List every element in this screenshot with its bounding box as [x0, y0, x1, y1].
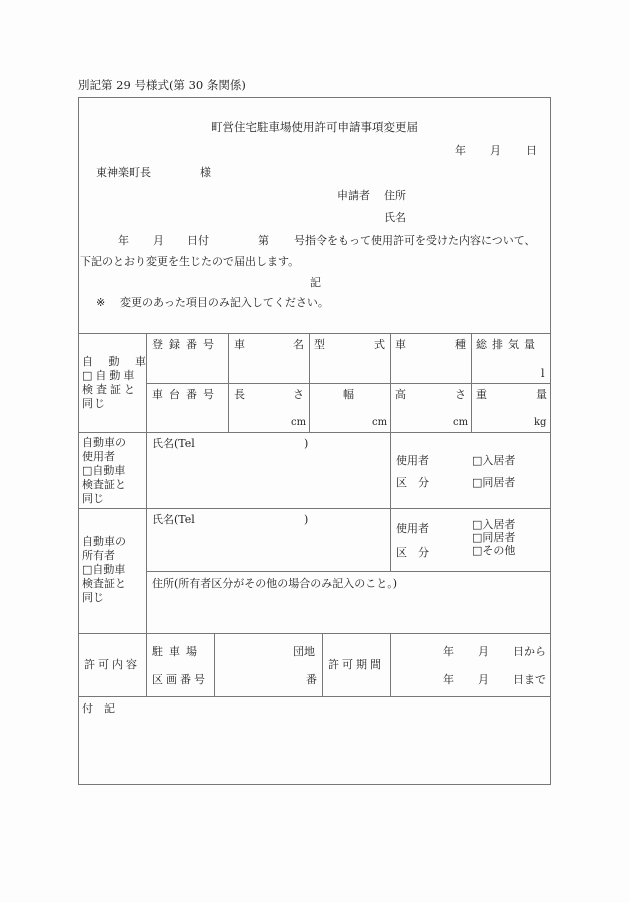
permit-col-line-2 [322, 633, 323, 696]
applicant-name-label: 氏名 [384, 212, 406, 223]
applicant-label: 申請者 [337, 190, 370, 201]
to-year: 年 [443, 674, 454, 685]
user-category-label-1: 使用者 [396, 455, 429, 466]
length-label: 長 [234, 389, 245, 400]
to-day: 日まで [513, 674, 546, 685]
owner-option-other[interactable]: □その他 [472, 545, 515, 556]
permit-col-line-3 [390, 633, 391, 696]
form-title: 町営住宅駐車場使用許可申請事項変更届 [211, 122, 418, 134]
vehicle-bottom-line [78, 432, 551, 433]
table-top-line [78, 333, 551, 334]
user-bottom-line [78, 508, 551, 509]
owner-label-line: 所有者 [82, 549, 126, 563]
body-year: 年 [118, 235, 129, 246]
danchi-label: 団地 [293, 646, 315, 657]
vehicle-row-label: 自 動 車 □自動車 検査証と 同じ [82, 355, 152, 411]
width-unit: cm [372, 418, 387, 428]
lot-label-2: 区画番号 [152, 674, 208, 685]
ban-label: 番 [306, 674, 317, 685]
height-label-2: さ [455, 389, 466, 400]
period-label: 許可期間 [328, 659, 384, 670]
owner-label-line: 検査証と [82, 577, 126, 591]
registration-number-label: 登録番号 [152, 339, 220, 350]
car-type-label-2: 種 [455, 339, 466, 350]
owner-category-label-1: 使用者 [396, 523, 429, 534]
lot-label-1: 駐車場 [152, 646, 203, 657]
user-category-label-2: 区 分 [396, 477, 429, 488]
owner-category-label-2: 区 分 [396, 547, 429, 558]
user-row-label: 自動車の 使用者 □自動車 検査証と 同じ [82, 436, 126, 506]
col-line-5 [471, 333, 472, 432]
to-month: 月 [478, 674, 489, 685]
user-option-cohabitant[interactable]: □同居者 [472, 477, 515, 488]
ki-label: 記 [310, 277, 321, 288]
user-label-line: 使用者 [82, 450, 126, 464]
note-text: 変更のあった項目のみ記入してください。 [120, 297, 329, 308]
addressee-honorific: 様 [200, 167, 211, 178]
owner-bottom-line [78, 633, 551, 634]
user-option-resident[interactable]: □入居者 [472, 455, 515, 466]
weight-label: 重 [476, 389, 487, 400]
col-line-4 [390, 333, 391, 432]
height-unit: cm [453, 418, 468, 428]
length-unit: cm [291, 418, 306, 428]
user-label-line: 検査証と [82, 478, 126, 492]
displacement-unit: l [541, 368, 545, 379]
width-label: 幅 [343, 389, 354, 400]
body-line2: 下記のとおり変更を生じたので届出します。 [80, 256, 299, 267]
owner-mid-line [146, 571, 551, 572]
model-label: 型 [314, 339, 325, 350]
vehicle-mid-line [146, 383, 551, 384]
weight-label-2: 量 [536, 389, 547, 400]
from-day: 日から [513, 646, 546, 657]
date-month: 月 [490, 145, 501, 156]
user-label-line: 同じ [82, 492, 126, 506]
addressee-name: 東神楽町長 [96, 167, 151, 178]
owner-option-cohabitant[interactable]: □同居者 [472, 532, 515, 543]
from-month: 月 [478, 646, 489, 657]
col-line-3 [309, 333, 310, 432]
date-day: 日 [526, 145, 537, 156]
user-label-line: □自動車 [82, 464, 126, 478]
weight-unit: kg [534, 418, 546, 428]
vehicle-label-line: 自 動 車 [82, 355, 152, 369]
user-label-line: 自動車の [82, 436, 126, 450]
height-label: 高 [395, 389, 406, 400]
owner-row-label: 自動車の 所有者 □自動車 検査証と 同じ [82, 535, 126, 605]
displacement-label: 総排気量 [476, 339, 540, 350]
body-day: 日付 [187, 235, 209, 246]
owner-name-label: 氏名(Tel [152, 514, 195, 525]
from-year: 年 [443, 646, 454, 657]
owner-label-line: 自動車の [82, 535, 126, 549]
permit-label: 許可内容 [84, 659, 140, 670]
permit-bottom-line [78, 696, 551, 697]
vehicle-label-line: 検査証と [82, 383, 152, 397]
body-dai: 第 [258, 235, 269, 246]
owner-label-line: □自動車 [82, 563, 126, 577]
owner-address-label: 住所(所有者区分がその他の場合のみ記入のこと。) [152, 578, 397, 589]
length-label-2: さ [293, 389, 304, 400]
permit-col-line-1 [214, 633, 215, 696]
note-mark: ※ [96, 297, 105, 308]
owner-name-close: ) [304, 514, 308, 525]
user-owner-split-line [390, 432, 391, 571]
body-line1-rest: 号指令をもって使用許可を受けた内容について、 [294, 235, 536, 246]
applicant-address-label: 住所 [384, 190, 406, 201]
car-type-label: 車 [395, 339, 406, 350]
body-month: 月 [153, 235, 164, 246]
user-name-close: ) [304, 438, 308, 449]
model-label-2: 式 [374, 339, 385, 350]
col-line-2 [228, 333, 229, 432]
user-name-label: 氏名(Tel [152, 438, 195, 449]
owner-option-resident[interactable]: □入居者 [472, 519, 515, 530]
date-year: 年 [455, 145, 466, 156]
remarks-label: 付 記 [82, 703, 115, 714]
chassis-number-label: 車台番号 [152, 389, 220, 400]
vehicle-label-line: 同じ [82, 397, 152, 411]
owner-label-line: 同じ [82, 591, 126, 605]
vehicle-label-line: □自動車 [82, 369, 152, 383]
form-caption: 別記第 29 号様式(第 30 条関係) [78, 80, 246, 92]
car-name-label-2: 名 [293, 339, 304, 350]
car-name-label: 車 [234, 339, 245, 350]
